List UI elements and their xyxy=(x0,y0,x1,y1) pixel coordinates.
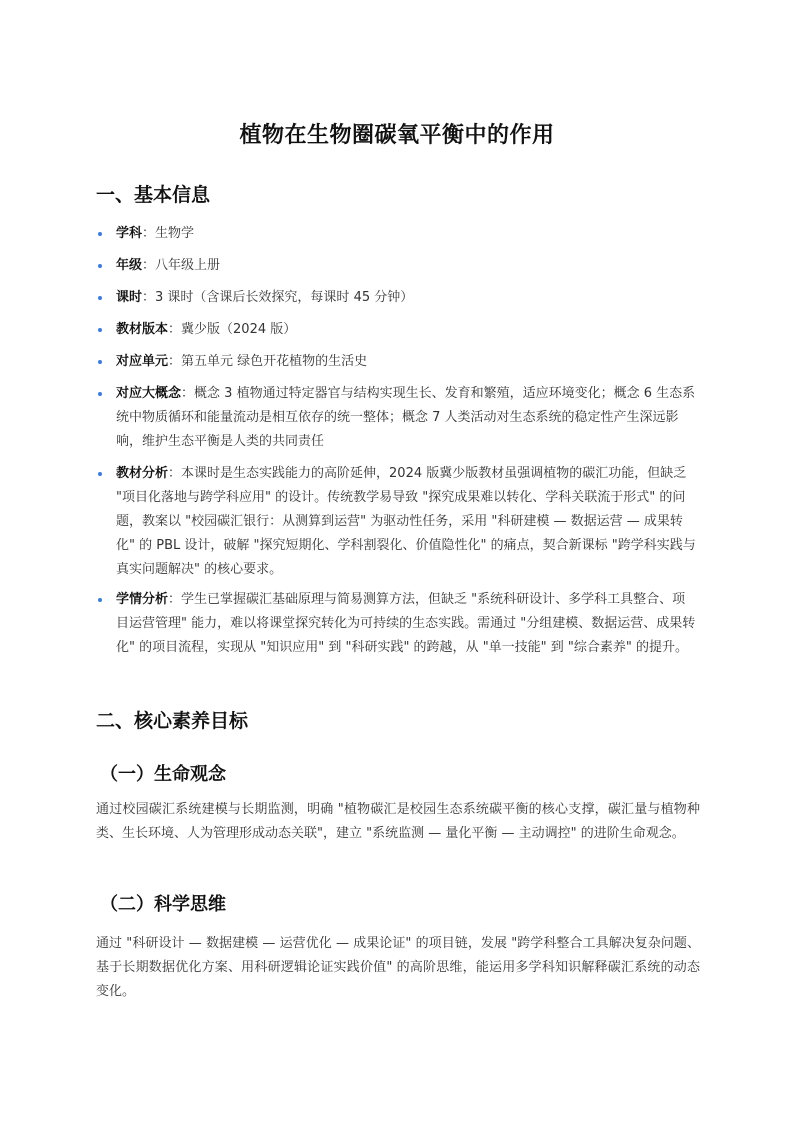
bullet-icon xyxy=(98,264,102,268)
item-separator: ： xyxy=(168,466,181,481)
bullet-icon xyxy=(98,328,102,332)
item-separator: ： xyxy=(181,386,194,401)
item-separator: ： xyxy=(168,592,181,607)
item-value: 本课时是生态实践能力的高阶延伸，2024 版冀少版教材虽强调植物的碳汇功能，但缺… xyxy=(116,466,696,577)
item-label: 课时 xyxy=(116,290,142,305)
list-item-big-concept: 对应大概念：概念 3 植物通过特定器官与结构实现生长、发育和繁殖，适应环境变化；… xyxy=(98,382,698,454)
item-value: 3 课时（含课后长效探究，每课时 45 分钟） xyxy=(155,290,413,305)
bullet-icon xyxy=(98,598,102,602)
item-separator: ： xyxy=(168,354,181,369)
subsection-heading-scientific-thinking: （二）科学思维 xyxy=(100,890,226,916)
item-value: 第五单元 绿色开花植物的生活史 xyxy=(181,354,367,369)
item-separator: ： xyxy=(142,258,155,273)
list-item-textbook-analysis: 教材分析：本课时是生态实践能力的高阶延伸，2024 版冀少版教材虽强调植物的碳汇… xyxy=(98,462,698,582)
bullet-icon xyxy=(98,296,102,300)
item-label: 教材版本 xyxy=(116,322,168,337)
section-heading-basic-info: 一、基本信息 xyxy=(96,180,210,207)
bullet-icon xyxy=(98,360,102,364)
item-separator: ： xyxy=(142,226,155,241)
item-label: 学情分析 xyxy=(116,592,168,607)
paragraph-life-concept: 通过校园碳汇系统建模与长期监测，明确 "植物碳汇是校园生态系统碳平衡的核心支撑，… xyxy=(96,798,700,846)
item-label: 学科 xyxy=(116,226,142,241)
item-label: 对应单元 xyxy=(116,354,168,369)
list-item-grade: 年级：八年级上册 xyxy=(98,254,698,278)
item-value: 学生已掌握碳汇基础原理与简易测算方法，但缺乏 "系统科研设计、多学科工具整合、项… xyxy=(116,592,695,655)
subsection-heading-life-concept: （一）生命观念 xyxy=(100,760,226,786)
item-separator: ： xyxy=(168,322,181,337)
item-value: 概念 3 植物通过特定器官与结构实现生长、发育和繁殖，适应环境变化；概念 6 生… xyxy=(116,386,695,449)
item-value: 冀少版（2024 版） xyxy=(181,322,296,337)
section-heading-core-literacy: 二、核心素养目标 xyxy=(96,706,248,733)
list-item-periods: 课时：3 课时（含课后长效探究，每课时 45 分钟） xyxy=(98,286,698,310)
list-item-subject: 学科：生物学 xyxy=(98,222,698,246)
document-title: 植物在生物圈碳氧平衡中的作用 xyxy=(0,118,794,149)
bullet-icon xyxy=(98,472,102,476)
paragraph-scientific-thinking: 通过 "科研设计 — 数据建模 — 运营优化 — 成果论证" 的项目链，发展 "… xyxy=(96,932,700,1004)
item-label: 教材分析 xyxy=(116,466,168,481)
list-item-unit: 对应单元：第五单元 绿色开花植物的生活史 xyxy=(98,350,698,374)
bullet-icon xyxy=(98,232,102,236)
item-label: 年级 xyxy=(116,258,142,273)
list-item-student-analysis: 学情分析：学生已掌握碳汇基础原理与简易测算方法，但缺乏 "系统科研设计、多学科工… xyxy=(98,588,698,660)
item-value: 生物学 xyxy=(155,226,194,241)
list-item-textbook: 教材版本：冀少版（2024 版） xyxy=(98,318,698,342)
document-page: 植物在生物圈碳氧平衡中的作用 一、基本信息 学科：生物学 年级：八年级上册 课时… xyxy=(0,0,794,1123)
bullet-icon xyxy=(98,392,102,396)
item-separator: ： xyxy=(142,290,155,305)
item-value: 八年级上册 xyxy=(155,258,220,273)
item-label: 对应大概念 xyxy=(116,386,181,401)
